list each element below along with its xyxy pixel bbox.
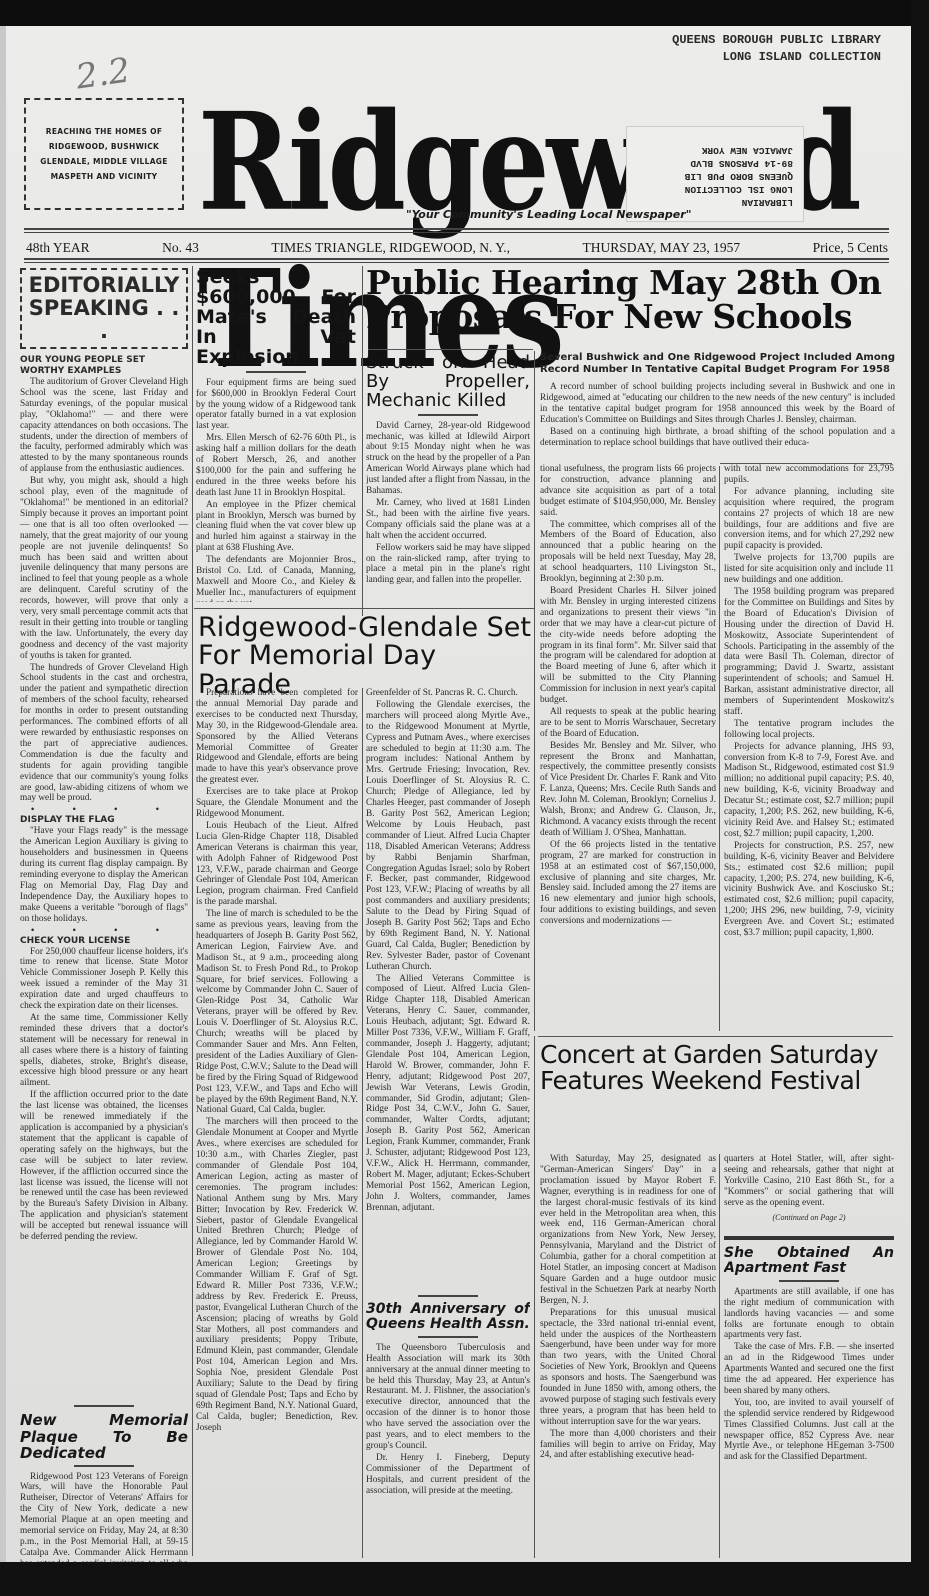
schools-paragraph: with total new accommodations for 23,795… <box>724 464 894 486</box>
apartment-paragraph: Take the case of Mrs. F.B. — she inserte… <box>724 1342 894 1397</box>
scan-top-border <box>0 0 929 26</box>
schools-paragraph: tional usefulness, the program lists 66 … <box>540 464 716 519</box>
column-rule <box>362 688 363 1558</box>
schools-paragraph: Twelve projects for 13,700 pupils are li… <box>724 553 894 586</box>
parade-paragraph: The Allied Veterans Committee is compose… <box>366 974 530 1214</box>
scan-bottom-border <box>0 1562 929 1596</box>
editorial-heading: OUR YOUNG PEOPLE SET WORTHY EXAMPLES <box>20 355 188 377</box>
plaque-article: New Memorial Plaque To Be Dedicated Ridg… <box>20 1402 188 1562</box>
price: Price, 5 Cents <box>813 240 888 256</box>
schools-paragraph: Projects for construction, P.S. 257, new… <box>724 841 894 939</box>
library-stamp: QUEENS BOROUGH PUBLIC LIBRARY LONG ISLAN… <box>672 32 881 66</box>
health-paragraph: Dr. Henry I. Fineberg, Deputy Commission… <box>366 1453 530 1497</box>
propeller-article: Struck on Head By Propeller, Mechanic Ki… <box>366 354 530 616</box>
masthead-rule <box>24 228 889 233</box>
concert-headline-line: Features Weekend Festival <box>540 1068 895 1094</box>
lead-headline-line: Proposals For New Schools <box>366 300 906 334</box>
editorial-paragraph: For 250,000 chauffeur license holders, i… <box>20 947 188 1012</box>
schools-column-a: tional usefulness, the program lists 66 … <box>540 464 716 1030</box>
health-headline: 30th Anniversary of Queens Health Assn. <box>366 1302 530 1333</box>
schools-paragraph: The 1958 building program was prepared f… <box>724 587 894 718</box>
library-stamp-line: QUEENS BOROUGH PUBLIC LIBRARY <box>672 32 881 49</box>
coverage-box: REACHING THE HOMES OF RIDGEWOOD, BUSHWIC… <box>24 98 184 210</box>
parade-headline-line: Ridgewood-Glendale Set <box>198 614 532 642</box>
health-article: 30th Anniversary of Queens Health Assn. … <box>366 1292 530 1562</box>
concert-paragraph: quarters at Hotel Statler, will, after s… <box>724 1154 894 1209</box>
parade-paragraph: Exercises are to take place at Prokop Sq… <box>196 787 358 820</box>
issue-date: THURSDAY, MAY 23, 1957 <box>582 240 740 256</box>
schools-paragraph: The tentative program includes the follo… <box>724 719 894 741</box>
column-rule <box>362 266 363 616</box>
editorial-column: EDITORIALLY SPEAKING . . . OUR YOUNG PEO… <box>20 268 188 1404</box>
concert-paragraph: The more than 4,000 choristers and their… <box>540 1429 716 1462</box>
editorial-heading: CHECK YOUR LICENSE <box>20 936 188 947</box>
divider <box>74 1465 134 1467</box>
divider <box>194 608 534 609</box>
mailing-label-line: JAMAICA NEW YORK <box>637 144 793 157</box>
newspaper-page: 2.2 QUEENS BOROUGH PUBLIC LIBRARY LONG I… <box>6 26 911 1562</box>
issue-number: No. 43 <box>162 240 199 256</box>
dateline: 48th YEAR No. 43 TIMES TRIANGLE, RIDGEWO… <box>26 240 888 256</box>
editorial-paragraph: But why, you might ask, should a high sc… <box>20 476 188 661</box>
heavy-divider <box>724 1236 894 1240</box>
library-stamp-line: LONG ISLAND COLLECTION <box>672 49 881 66</box>
parade-column-b: Greenfelder of St. Pancras R. C. Church.… <box>366 688 530 1288</box>
section-divider: • • • • <box>20 805 188 815</box>
vat-headline: Seeks $600,000 For Mate's Death In Vat E… <box>196 268 356 368</box>
schools-paragraph: Besides Mr. Bensley and Mr. Silver, who … <box>540 741 716 839</box>
divider <box>246 371 306 373</box>
masthead-slogan: "Your Community's Leading Local Newspape… <box>406 208 691 221</box>
apartment-article: She Obtained An Apartment Fast Apartment… <box>724 1246 894 1562</box>
schools-paragraph: For advance planning, including site acq… <box>724 487 894 552</box>
column-rule <box>534 351 535 1031</box>
editorial-paragraph: At the same time, Commissioner Kelly rem… <box>20 1013 188 1089</box>
lead-headline: Public Hearing May 28th On Proposals For… <box>366 266 906 333</box>
apartment-paragraph: You, too, are invited to avail yourself … <box>724 1398 894 1463</box>
column-rule <box>719 1154 720 1558</box>
propeller-paragraph: Mr. Carney, who lived at 1681 Linden St.… <box>366 498 530 542</box>
editorial-paragraph: If the affliction occurred prior to the … <box>20 1090 188 1243</box>
handwritten-mark: 2.2 <box>73 50 132 97</box>
propeller-paragraph: David Carney, 28-year-old Ridgewood mech… <box>366 421 530 497</box>
column-rule <box>719 466 720 1031</box>
schools-column-b: with total new accommodations for 23,795… <box>724 464 894 1030</box>
lead-headline-line: Public Hearing May 28th On <box>366 266 906 300</box>
mailing-label-line: QUEENS BORO PUB LIB <box>637 170 793 183</box>
divider <box>418 414 478 416</box>
parade-headline: Ridgewood-Glendale Set For Memorial Day … <box>198 614 532 699</box>
coverage-line: RIDGEWOOD, BUSHWICK <box>49 139 159 154</box>
schools-deck: Several Bushwick and One Ridgewood Proje… <box>540 352 895 376</box>
schools-paragraph: Projects for advance planning, JHS 93, c… <box>724 742 894 840</box>
vat-paragraph: Four equipment firms are being sued for … <box>196 378 356 433</box>
column-rule <box>534 1036 535 1558</box>
parade-paragraph: Louis Heubach of the Lieut. Alfred Lucia… <box>196 821 358 908</box>
publication-place: TIMES TRIANGLE, RIDGEWOOD, N. Y., <box>271 240 510 256</box>
apartment-headline: She Obtained An Apartment Fast <box>724 1246 894 1277</box>
propeller-headline: Struck on Head By Propeller, Mechanic Ki… <box>366 354 530 411</box>
vat-article: Seeks $600,000 For Mate's Death In Vat E… <box>196 268 356 602</box>
concert-headline: Concert at Garden Saturday Features Week… <box>540 1042 895 1095</box>
divider <box>418 1295 478 1297</box>
coverage-line: GLENDALE, MIDDLE VILLAGE <box>40 154 167 169</box>
editorial-paragraph: "Have your Flags ready" is the message t… <box>20 826 188 924</box>
concert-column-b: quarters at Hotel Statler, will, after s… <box>724 1154 894 1234</box>
mailing-label-line: 89-14 PARSONS BLVD <box>637 157 793 170</box>
concert-headline-line: Concert at Garden Saturday <box>540 1042 895 1068</box>
plaque-headline: New Memorial Plaque To Be Dedicated <box>20 1412 188 1462</box>
schools-lead: Several Bushwick and One Ridgewood Proje… <box>540 352 895 462</box>
volume-year: 48th YEAR <box>26 240 90 256</box>
apartment-paragraph: Apartments are still available, if one h… <box>724 1287 894 1342</box>
editorial-title: SPEAKING . . . <box>28 297 180 343</box>
divider <box>368 349 533 350</box>
plaque-body: Ridgewood Post 123 Veterans of Foreign W… <box>20 1472 188 1563</box>
parade-paragraph: The marchers will then proceed to the Gl… <box>196 1117 358 1433</box>
parade-paragraph: The line of march is scheduled to be the… <box>196 909 358 1116</box>
parade-paragraph: Following the Glendale exercises, the ma… <box>366 700 530 973</box>
coverage-line: MASPETH AND VICINITY <box>51 169 158 184</box>
editorial-paragraph: The hundreds of Grover Cleveland High Sc… <box>20 663 188 805</box>
concert-column-a: With Saturday, May 25, designated as "Ge… <box>540 1154 716 1562</box>
divider <box>74 1405 134 1407</box>
health-paragraph: The Queensboro Tuberculosis and Health A… <box>366 1343 530 1452</box>
section-divider: • • • • <box>20 926 188 936</box>
vat-paragraph: An employee in the Pfizer chemical plant… <box>196 500 356 555</box>
editorial-title: EDITORIALLY <box>28 274 180 297</box>
schools-paragraph: The committee, which comprises all of th… <box>540 520 716 585</box>
concert-paragraph: Preparations for this unusual musical sp… <box>540 1308 716 1428</box>
editorial-heading: DISPLAY THE FLAG <box>20 815 188 826</box>
editorial-title-box: EDITORIALLY SPEAKING . . . <box>20 268 188 349</box>
scan-right-border <box>911 0 929 1596</box>
schools-paragraph: A record number of school building proje… <box>540 382 895 426</box>
parade-paragraph: Preparations have been completed for the… <box>196 688 358 786</box>
divider <box>779 1280 839 1282</box>
vat-paragraph: Mrs. Ellen Mersch of 62-76 60th Pl., is … <box>196 433 356 498</box>
propeller-paragraph: Fellow workers said he may have slipped … <box>366 543 530 587</box>
divider <box>418 1336 478 1338</box>
continued-note: (Continued on Page 2) <box>724 1213 894 1224</box>
schools-paragraph: Of the 66 projects listed in the tentati… <box>540 840 716 927</box>
parade-column-a: Preparations have been completed for the… <box>196 688 358 1562</box>
schools-paragraph: Based on a continuing high birthrate, a … <box>540 427 895 449</box>
vat-paragraph: The defendants are Mojonnier Bros., Bris… <box>196 555 356 602</box>
divider <box>538 1036 893 1037</box>
concert-paragraph: With Saturday, May 25, designated as "Ge… <box>540 1154 716 1307</box>
mailing-label-line: LONG ISL COLLECTION <box>637 183 793 196</box>
parade-paragraph: Greenfelder of St. Pancras R. C. Church. <box>366 688 530 699</box>
coverage-line: REACHING THE HOMES OF <box>46 124 163 139</box>
editorial-paragraph: The auditorium of Grover Cleveland High … <box>20 377 188 475</box>
schools-paragraph: All requests to speak at the public hear… <box>540 707 716 740</box>
column-rule <box>192 266 193 1556</box>
schools-paragraph: Board President Charles H. Silver joined… <box>540 586 716 706</box>
